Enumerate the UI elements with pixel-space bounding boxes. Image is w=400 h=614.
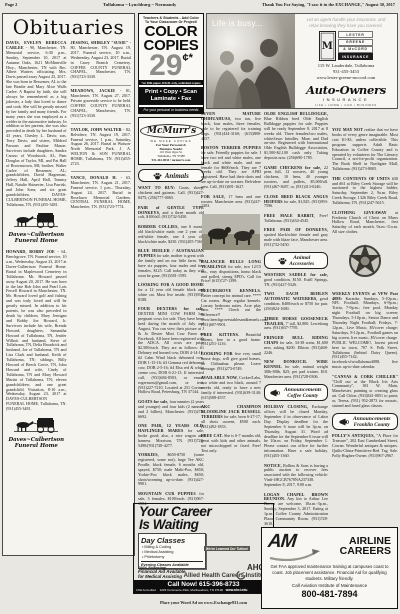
classified-item: OLDE ENGLISH BULLDOGGE, Blue Ribbon bred… (264, 112, 328, 161)
ahci-call-bar: Call Now! 615-396-8733 1233 Commerce Par… (134, 580, 273, 594)
classified-item: FREE KITTENS. Beautiful kittens, free to… (201, 333, 261, 348)
page-header: Page 2 Tullahoma ~ Lynchburg ~ Normandy … (0, 2, 400, 7)
obituaries-title: Obituaries (3, 15, 134, 39)
classified-item: FREE MALE RABBIT, Free! Tullahoma. (931)… (264, 214, 328, 224)
horse-hearse-icon (13, 417, 59, 433)
airline-ad-call: Call Aviation Institute of Maintenance (262, 583, 397, 588)
obituary-entry: JESSING, SHIRLEY "SUSIE" - 80, Mancheste… (71, 41, 132, 80)
classified-item: BALANCER BULLS LONG YEARLINGS for sale, … (201, 260, 261, 285)
animals-classifieds: WANT TO BUY: Goats, sheep, chickens and … (138, 186, 204, 506)
ahci-headline: Your CareerIs Waiting (134, 504, 273, 532)
auto-owners-brand: Auto-Owners (295, 83, 397, 97)
classified-item: "CANVAS & CORK CHILLER" "Chill out at th… (332, 375, 398, 409)
classified-item: SEVEN MATURE CHIHUAHUAS, two tan, five b… (201, 112, 261, 141)
family-photo: Life is busy... (207, 14, 295, 108)
mcmurrs-address: 101 West Ogee St. Tullahoma, TN 37388 93… (140, 151, 202, 163)
classified-item: LOOKING FOR A GOOD HOME for a 12 year ol… (138, 283, 204, 303)
class-bullet: Phlebotomy (142, 555, 203, 560)
classified-item: GAME CHICKENS for sale, 22 pens full, 12… (264, 166, 328, 191)
day-classes-list: Billing & CodingMedical AssistingPhlebot… (141, 545, 203, 560)
insurance-address: 115 W. Lauderdale, Tullahoma 931-455-345… (295, 63, 397, 82)
classified-item: AKC CHAMPION BLOODLINE JACK RUSSELL TERR… (201, 405, 261, 430)
classified-item: AVAILABLE NOW, Cocker/Labs, two white an… (201, 376, 261, 401)
classified-item: HOLIDAY CLOSING, Exchange offices will b… (264, 405, 328, 459)
mcmurrs-ad: McMurr's WE MAKE COPIES For Your Persona… (138, 117, 204, 166)
cattle-photo (201, 214, 261, 255)
classifieds-column-4: SEVEN MATURE CHIHUAHUAS, two tan, five b… (201, 112, 261, 458)
classified-item: BLUE HEELER / AUSTRALIAN PUPPIES for sal… (138, 249, 204, 278)
classified-item: LOOKING FOR five very small house dogs, … (201, 352, 261, 372)
section-header-animal-accessories: AnimalAccessories (264, 252, 328, 269)
classified-item: YOU MAY NOT realize that we have books o… (332, 128, 398, 172)
paw-icon (153, 172, 162, 180)
airline-careers-ad: AM AIRLINECAREERS Get FAA approved maint… (261, 527, 398, 609)
lester-greene-logo: M LESTER GREENE & McCORD INSURANCE (295, 31, 397, 60)
funeral-home-name: Daves~Culbertson Funeral Home (6, 233, 67, 245)
section-header-announcements-coffee: AnnouncementsCoffee County (264, 384, 328, 401)
obituary-entry: HOWARD, BOBBY JOE - 64, Beechgrove, TN. … (6, 250, 67, 412)
insurance-ad-text: Let an agent handle your insurance, and … (295, 14, 397, 108)
classified-item: BORDER COLLIES, one 6 month old black/wh… (138, 225, 204, 245)
copies-services: Print • Copy • ScanLaminate • Fax (139, 86, 203, 104)
vfw-emblem (332, 240, 398, 287)
day-classes-box: Day Classes Billing & CodingMedical Assi… (138, 533, 206, 569)
classifieds-column-5: OLDE ENGLISH BULLDOGGE, Blue Ribbon bred… (264, 112, 328, 531)
classified-item: GOATS for sale, four nannies (2 years an… (138, 400, 204, 420)
funeral-home-logo: Daves~Culbertson Funeral Home (6, 212, 67, 245)
aim-logo: AM (268, 531, 320, 561)
institute-name: Allied Health Careers Institute (134, 573, 273, 579)
classified-item: THREE HORSE GOOSENECK TRAILER, 7' tall, … (264, 317, 328, 332)
classified-item: NOTICE, Rollins & Sons is having a publi… (264, 464, 328, 489)
section-header-animals: Animals (138, 169, 204, 182)
obituaries-section: Obituaries DAVIS, EVELYN REBECCA CARLEE … (2, 13, 135, 556)
ahci-career-ad: Your CareerIs Waiting Day Classes Billin… (133, 503, 274, 594)
masthead-slogan: Thank You For Saying, "I saw it in the E… (262, 2, 395, 7)
megaphone-icon (270, 389, 281, 397)
classified-item: WESTERN SADDLE for sale, good condition,… (264, 273, 328, 288)
newspaper-page: Page 2 Tullahoma ~ Lynchburg ~ Normandy … (0, 0, 400, 614)
classified-item: FREE CAT. She is 6-7 months old, great w… (201, 434, 261, 454)
coe-accredited: COE Accredited (136, 588, 156, 592)
megaphone-icon (339, 418, 350, 426)
classified-item: POLLY'S ANTIQUES, "A Place for Treasure"… (332, 434, 398, 459)
classified-item: FOR SALE, 17 hens and one rooster. Manch… (201, 195, 261, 210)
insurance-intro: Let an agent handle your insurance, and … (295, 17, 397, 28)
classified-item: TWO EACH BEHLEN AUTOMATIC WATERERS, good… (264, 292, 328, 312)
airline-careers-title: AIRLINECAREERS (340, 536, 391, 557)
section-header-announcements-franklin: AnnouncementsFranklin County (332, 413, 398, 430)
obituaries-column-2: JESSING, SHIRLEY "SUSIE" - 80, Mancheste… (71, 41, 132, 454)
color-copies-ad: Teachers & Students - Add ColorTo Your C… (138, 13, 204, 114)
classified-item: BEECHGROVE KENNELS. Better concept for a… (201, 289, 261, 328)
center-column: Teachers & Students - Add ColorTo Your C… (138, 13, 204, 511)
classified-item: FOUR DEXTERS for sale, DEXTER MINI COW F… (138, 307, 204, 395)
obituary-entry: MEADOWS, JACKIE - 81, Manchester, TN. Au… (71, 85, 132, 119)
horse-hearse-icon (13, 212, 59, 228)
obituary-entry: DAVIS, EVELYN REBECCA CARLEE - 90, Manch… (6, 41, 67, 208)
obituary-entry: VANCE, DONALD H. - 63, Manchester, TN. A… (71, 171, 132, 210)
classified-item: FRINGED BULL RIDING CHAPS for sale, 34-3… (264, 336, 328, 356)
copies-price: 29¢* (149, 52, 193, 80)
monogram: M (319, 31, 336, 60)
classified-item: CLOSE BRED BLACK ANGUS HEIFERS for sale,… (264, 195, 328, 210)
classified-item: NEW DONKOCIL WIRE KENNEL for sale, anima… (264, 360, 328, 380)
classified-item: FREE PAIR OF DONKEYS, spotted black/whit… (264, 228, 328, 248)
copies-tagline: For your personal or business needs (139, 106, 203, 113)
funeral-home-logo: Daves~Culbertson Funeral Home (6, 417, 67, 450)
masthead-cities: Tullahoma ~ Lynchburg ~ Normandy (103, 2, 176, 7)
mcmurrs-logo: McMurr's (140, 124, 203, 138)
classified-item: PAIR of GENTLE TYPE DONKEYS, and a three… (138, 206, 204, 221)
airline-ad-body: Get FAA approved maintenance training at… (262, 561, 397, 581)
photo-caption: Life is busy... (212, 19, 263, 28)
obituary-entry: TAYLOR, JOHN WALTER - 82, Belvidere, TN.… (71, 123, 132, 167)
classified-item: YORKIES, $650-$750 (some registered, som… (138, 453, 204, 487)
insurance-ad: Life is busy... Let an agent handle your… (206, 13, 398, 109)
classified-item: WEEKLY EVENTS at VFW Post 4088: Karaoke,… (332, 292, 398, 371)
tuition-flag: We've Lowered Our Tuition! (204, 546, 250, 551)
classifieds-column-6: YOU MAY NOT realize that we have books o… (332, 128, 398, 464)
airline-ad-phone: 800-481-7894 (262, 589, 397, 599)
funeral-home-name: Daves~Culbertson Funeral Home (6, 438, 67, 450)
paw-icon (278, 257, 287, 265)
obituaries-column-1: DAVIS, EVELYN REBECCA CARLEE - 90, Manch… (6, 41, 67, 454)
classified-item: WANT TO BUY: Goats, sheep, chickens and … (138, 186, 204, 201)
classified-item: THE CONTENTS OF UNITS #30 and #61 at Ril… (332, 177, 398, 206)
classified-item: CLOTHING GIVEAWAY at Fredonia Church of … (332, 211, 398, 236)
classified-item: ONE PAIR, 12 YEARS OLD, HAFLINGER MARES … (138, 424, 204, 449)
family-silhouette (207, 14, 295, 108)
page-number: Page 2 (5, 2, 17, 7)
classified-item: BOSTON TERRIER PUPPIES for sale. Friendl… (201, 146, 261, 190)
footer-note: Place your Word Ad on www.Exchange931.co… (133, 600, 274, 605)
